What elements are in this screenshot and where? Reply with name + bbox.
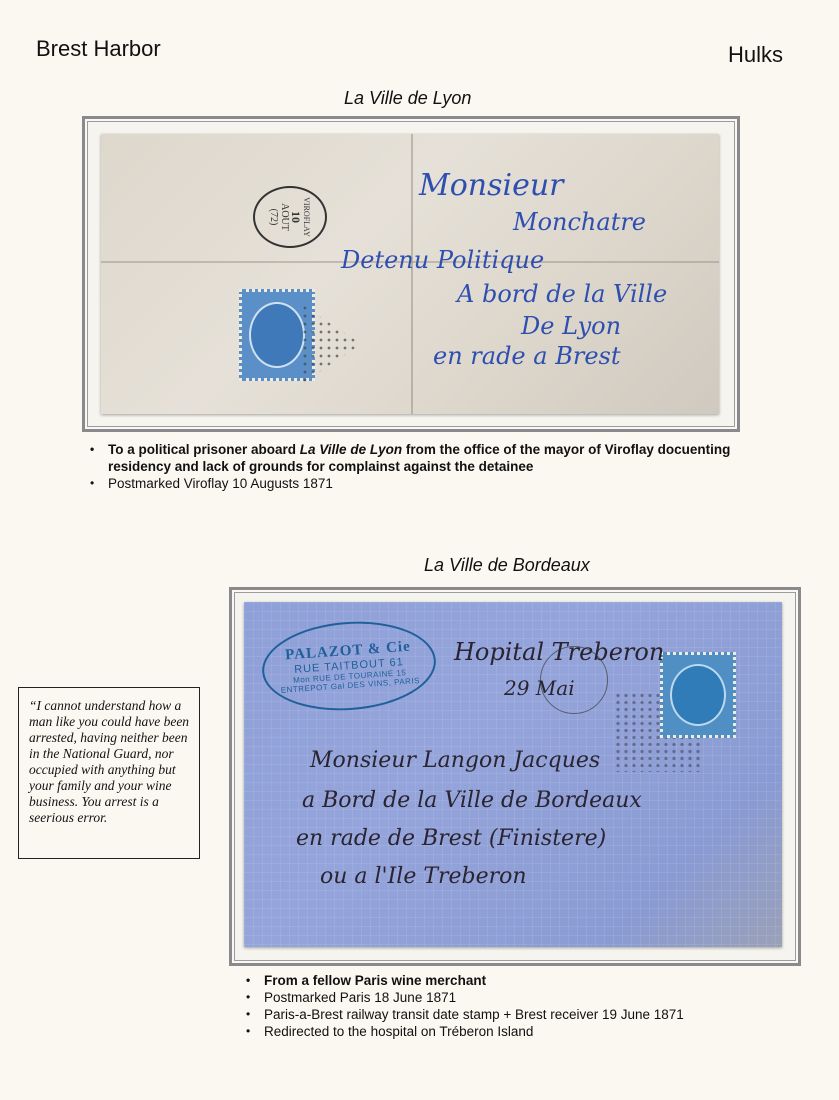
page-title: Brest Harbor <box>36 36 161 62</box>
note-item: Redirected to the hospital on Tréberon I… <box>238 1023 758 1040</box>
fold-line <box>411 134 413 414</box>
address-line: Monchatre <box>513 208 646 236</box>
address-line: en rade a Brest <box>433 342 620 370</box>
note-item: Postmarked Paris 18 June 1871 <box>238 989 758 1006</box>
section-title: Hulks <box>728 42 783 68</box>
address-line: Monsieur Langon Jacques <box>310 748 600 773</box>
address-line: ou a l'Ile Treberon <box>320 864 527 889</box>
address-line: a Bord de la Ville de Bordeaux <box>302 788 642 813</box>
postmark-day: 10 <box>290 211 301 223</box>
address-line: Monsieur <box>419 168 564 203</box>
address-line: De Lyon <box>521 312 621 340</box>
notes-list-lyon: To a political prisoner aboard La Ville … <box>82 441 742 492</box>
address-line: A bord de la Ville <box>457 280 667 308</box>
dotted-cancel <box>301 304 361 384</box>
address-line: Detenu Politique <box>341 246 544 274</box>
postmark-month: AOUT <box>279 203 290 231</box>
note-item: Postmarked Viroflay 10 Augusts 1871 <box>82 475 742 492</box>
note-item: Paris-a-Brest railway transit date stamp… <box>238 1006 758 1023</box>
cover-frame-lyon: VIROFLAY 10 AOUT (72) Monsieur Monchatre… <box>82 116 740 432</box>
redirect-line: Hopital Treberon <box>454 638 664 666</box>
cover-image-lyon: VIROFLAY 10 AOUT (72) Monsieur Monchatre… <box>101 134 719 414</box>
notes-list-bordeaux: From a fellow Paris wine merchant Postma… <box>238 972 758 1040</box>
postmark-dept: (72) <box>268 209 279 226</box>
note-item: From a fellow Paris wine merchant <box>238 972 758 989</box>
address-line: en rade de Brest (Finistere) <box>296 826 606 851</box>
cover-caption-bordeaux: La Ville de Bordeaux <box>424 555 590 576</box>
quote-box: “I cannot understand how a man like you … <box>18 687 200 859</box>
napoleon-stamp-icon <box>660 652 736 738</box>
note-item: To a political prisoner aboard La Ville … <box>82 441 742 475</box>
cover-image-bordeaux: PALAZOT & Cie RUE TAITBOUT 61 Mon RUE DE… <box>244 602 782 947</box>
postmark-viroflay: VIROFLAY 10 AOUT (72) <box>253 186 327 248</box>
redirect-line: 29 Mai <box>504 676 575 700</box>
cover-caption-lyon: La Ville de Lyon <box>344 88 471 109</box>
cover-frame-bordeaux: PALAZOT & Cie RUE TAITBOUT 61 Mon RUE DE… <box>229 587 801 966</box>
merchant-handstamp: PALAZOT & Cie RUE TAITBOUT 61 Mon RUE DE… <box>259 616 439 716</box>
